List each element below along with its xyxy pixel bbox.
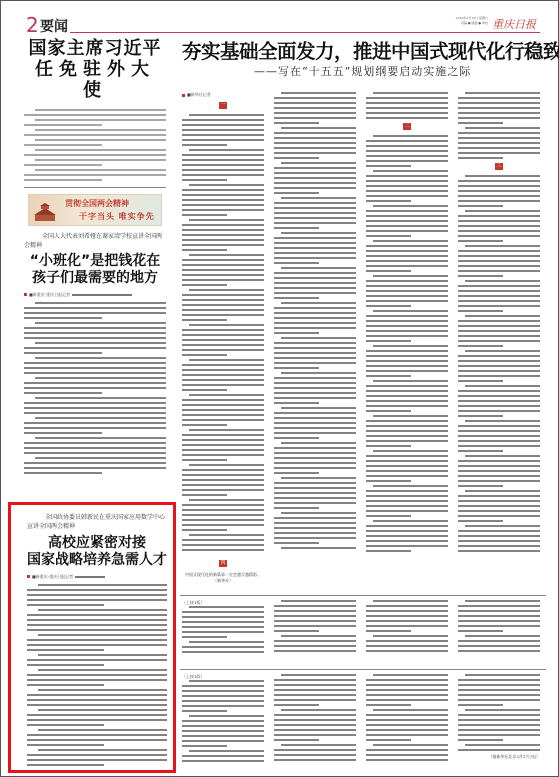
kicker: 全国人大代表刘希娅在谢家湾学校宣讲全国两会精神 [24, 232, 166, 250]
masthead: 2 要闻 2025年3月15日 星期六 责编 ● 版面 ● 审校 重庆日报 [24, 10, 540, 34]
body-text [458, 600, 540, 652]
divider [24, 187, 166, 188]
byline: ■新华社记者 [182, 92, 264, 98]
body-text [366, 600, 448, 652]
body-text [366, 135, 448, 552]
masthead-meta: 2025年3月15日 星期六 责编 ● 版面 ● 审校 [456, 16, 488, 26]
two-sessions-banner: 贯彻全国两会精神 干字当头 唯实争先 [28, 194, 162, 226]
article-universities: 全国政协委员韩新民在重庆国家应用数学中心宣讲全国两会精神 高校应紧密对接 国家战… [27, 513, 167, 769]
headline-line2: 国家战略培养急需人才 [27, 552, 167, 569]
section-marker-2: 二 [403, 123, 411, 130]
column-1: ■新华社记者 一 [182, 92, 264, 554]
main-headline: 夯实基础全面发力，推进中国式现代化行稳致远 [182, 36, 542, 64]
source-note: （据新华社北京3月17日电） [458, 754, 540, 760]
paper-logo: 重庆日报 [492, 16, 536, 32]
body-text [458, 674, 540, 751]
column-3 [366, 600, 448, 655]
body-text [366, 674, 448, 761]
column-1: （上接1版） [182, 600, 264, 656]
main-article-body[interactable]: ■新华社记者 一 二 三 [182, 72, 542, 552]
body-text [182, 114, 264, 551]
headline-line2: 任免驻外大使 [24, 59, 166, 101]
page-number: 2 [26, 13, 39, 37]
masthead-rule [70, 32, 540, 33]
column-3 [366, 674, 448, 764]
body-text [182, 680, 264, 762]
editor-info: 责编 ● 版面 ● 审校 [456, 21, 488, 26]
banner-line1: 贯彻全国两会精神 [65, 198, 129, 209]
byline: ■新重庆-重庆日报记者 [27, 574, 167, 579]
section-marker-4: 四 [219, 560, 227, 567]
newspaper-page: 2 要闻 2025年3月15日 星期六 责编 ● 版面 ● 审校 重庆日报 国家… [0, 0, 559, 777]
divider [180, 669, 546, 670]
article-small-class[interactable]: 全国人大代表刘希娅在谢家湾学校宣讲全国两会精神 “小班化”是把钱花在 孩子们最需… [24, 232, 166, 474]
column-4: （据新华社北京3月17日电） [458, 674, 540, 760]
headline-line1: “小班化”是把钱花在 [24, 253, 166, 270]
closing-caption: 中国式现代化的新篇章一定会越写越精彩。（新华社） [182, 572, 264, 584]
headline-line1: 国家主席习近平 [24, 38, 166, 59]
body-text [182, 606, 264, 653]
kicker: 全国政协委员韩新民在重庆国家应用数学中心宣讲全国两会精神 [27, 513, 167, 531]
headline-line1: 高校应紧密对接 [27, 535, 167, 552]
lower-block-2[interactable]: （上接1版） （据新华社北京3月17日电） [182, 674, 542, 769]
article-body [27, 584, 167, 766]
article-ambassadors[interactable]: 国家主席习近平 任免驻外大使 [24, 38, 166, 181]
body-text [274, 92, 356, 549]
section-marker-1: 一 [219, 102, 227, 109]
byline: ■新重庆-重庆日报记者 [24, 292, 166, 297]
section-marker-3: 三 [495, 163, 503, 170]
section-name: 要闻 [40, 16, 68, 36]
closing: 四 中国式现代化的新篇章一定会越写越精彩。（新华社） [182, 556, 264, 584]
column-1: （上接1版） [182, 674, 264, 765]
column-2 [274, 674, 356, 764]
column-4: 三 [458, 92, 540, 555]
banner-line2: 干字当头 唯实争先 [79, 211, 155, 222]
body-text [274, 600, 356, 652]
left-column: 国家主席习近平 任免驻外大使 贯彻全国两会精神 干字当头 唯实争先 全国人大代表… [24, 38, 166, 477]
body-text [274, 674, 356, 761]
hall-icon [33, 203, 57, 223]
body-text [366, 92, 448, 119]
highlighted-article-box[interactable]: 全国政协委员韩新民在重庆国家应用数学中心宣讲全国两会精神 高校应紧密对接 国家战… [8, 502, 176, 773]
article-body [24, 302, 166, 474]
lower-block-1[interactable]: （上接1版） [182, 600, 542, 664]
column-3: 二 [366, 92, 448, 555]
column-4 [458, 600, 540, 655]
body-text [458, 92, 540, 159]
divider [180, 595, 546, 596]
body-text [458, 175, 540, 552]
headline-line2: 孩子们最需要的地方 [24, 270, 166, 287]
column-2 [274, 600, 356, 655]
column-2 [274, 92, 356, 552]
article-body [24, 109, 166, 181]
